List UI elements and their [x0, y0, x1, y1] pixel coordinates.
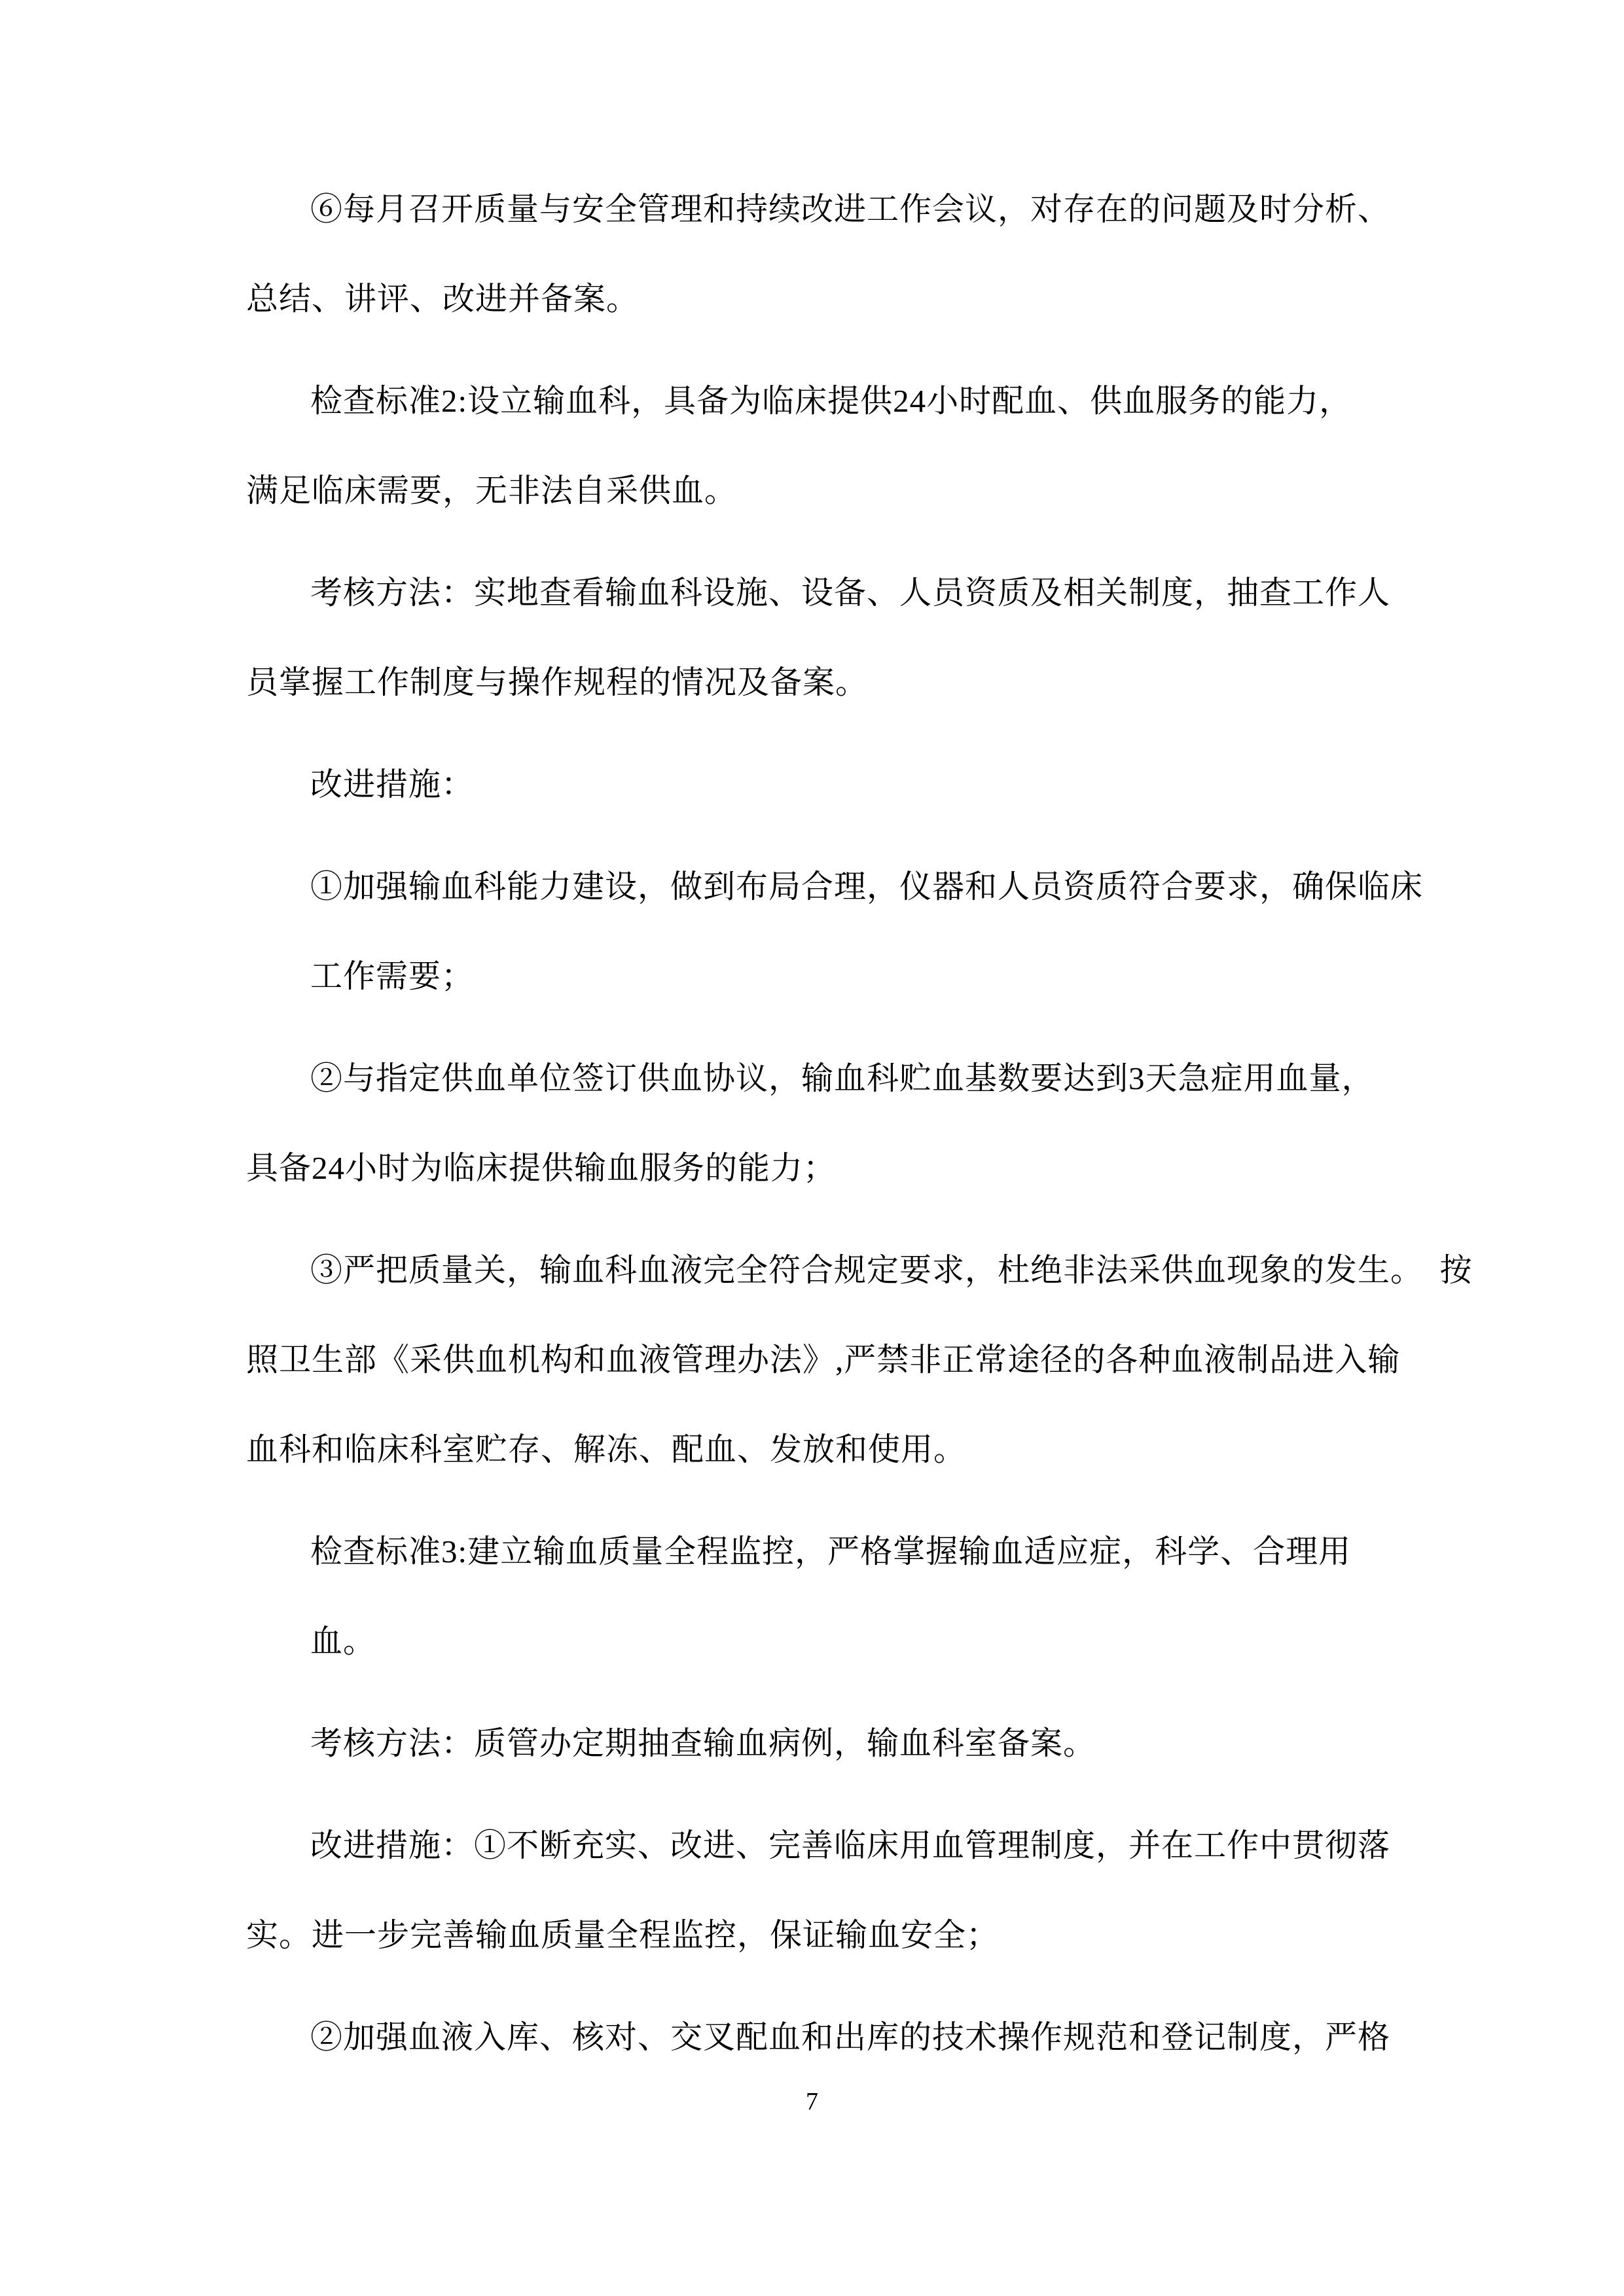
text-line: 总结、讲评、改进并备案。 — [246, 254, 1379, 344]
text-line: ⑥每月召开质量与安全管理和持续改进工作会议，对存在的问题及时分析、 — [246, 164, 1379, 254]
text-line: ②与指定供血单位签订供血协议，输血科贮血基数要达到3天急症用血量， — [246, 1033, 1379, 1123]
text-line: ③严把质量关，输血科血液完全符合规定要求，杜绝非法采供血现象的发生。 按 — [246, 1225, 1379, 1315]
text-line: 血。 — [246, 1596, 1379, 1686]
text-line: 检查标准2:设立输血科，具备为临床提供24小时配血、供血服务的能力， — [246, 356, 1379, 446]
text-line: 改进措施： — [246, 740, 1379, 829]
document-page: ⑥每月召开质量与安全管理和持续改进工作会议，对存在的问题及时分析、 总结、讲评、… — [0, 0, 1624, 2296]
text-line: 满足临床需要，无非法自采供血。 — [246, 446, 1379, 535]
text-line: 员掌握工作制度与操作规程的情况及备案。 — [246, 637, 1379, 727]
text-line: 实。进一步完善输血质量全程监控，保证输血安全； — [246, 1890, 1379, 1980]
text-line: 考核方法：实地查看输血科设施、设备、人员资质及相关制度，抽查工作人 — [246, 548, 1379, 637]
text-line: 改进措施：①不断充实、改进、完善临床用血管理制度，并在工作中贯彻落 — [246, 1801, 1379, 1890]
text-line: ②加强血液入库、核对、交叉配血和出库的技术操作规范和登记制度，严格 — [246, 1992, 1379, 2082]
text-line: 具备24小时为临床提供输血服务的能力； — [246, 1123, 1379, 1213]
document-body: ⑥每月召开质量与安全管理和持续改进工作会议，对存在的问题及时分析、 总结、讲评、… — [246, 164, 1379, 2082]
text-line: 考核方法：质管办定期抽查输血病例，输血科室备案。 — [246, 1698, 1379, 1788]
text-line: 检查标准3:建立输血质量全程监控，严格掌握输血适应症，科学、合理用 — [246, 1507, 1379, 1596]
text-line: 工作需要； — [246, 931, 1379, 1021]
text-line: ①加强输血科能力建设，做到布局合理，仪器和人员资质符合要求，确保临床 — [246, 842, 1379, 931]
text-line: 血科和临床科室贮存、解冻、配血、发放和使用。 — [246, 1405, 1379, 1494]
page-number: 7 — [0, 2087, 1624, 2117]
text-line: 照卫生部《采供血机构和血液管理办法》,严禁非正常途径的各种血液制品进入输 — [246, 1315, 1379, 1405]
